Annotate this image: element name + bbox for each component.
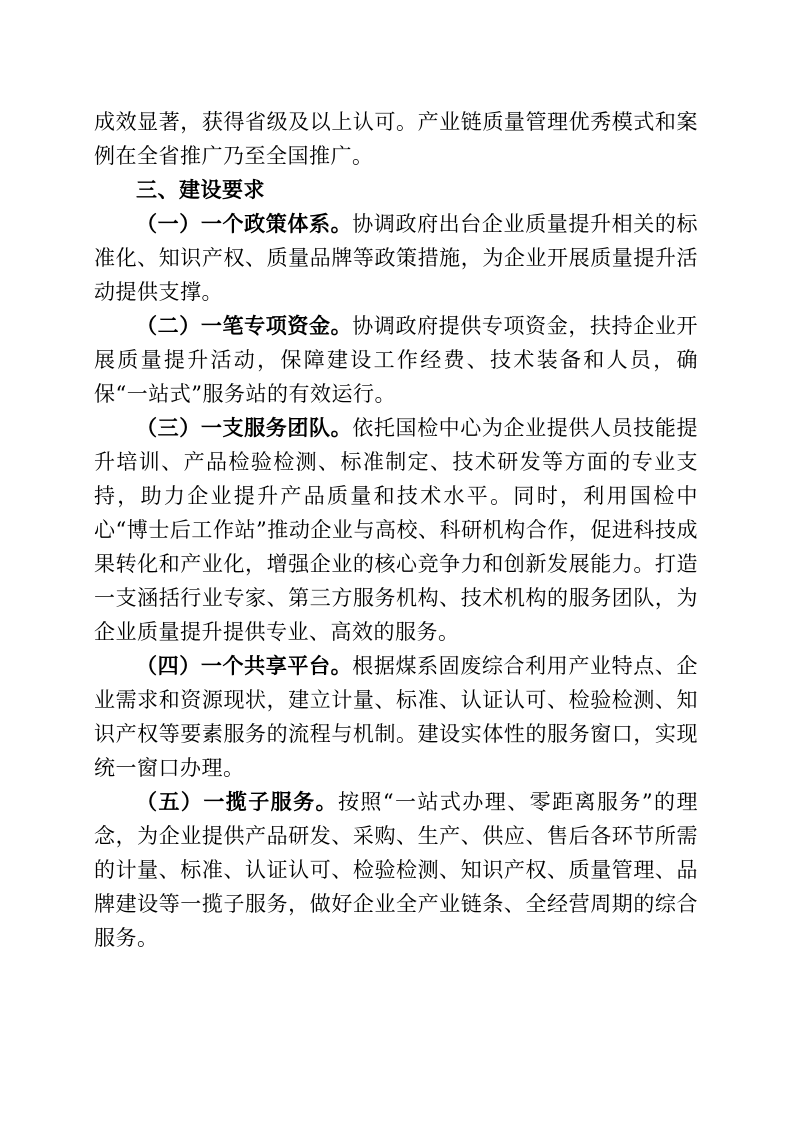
policy-item-4: （四）一个共享平台。根据煤系固废综合利用产业特点、企业需求和资源现状，建立计量、… bbox=[94, 649, 698, 785]
policy-item-1-lead: （一）一个政策体系。 bbox=[136, 212, 352, 236]
policy-item-4-lead: （四）一个共享平台。 bbox=[136, 654, 352, 678]
continuation-paragraph: 成效显著，获得省级及以上认可。产业链质量管理优秀模式和案例在全省推广乃至全国推广… bbox=[94, 105, 698, 173]
policy-item-3-lead: （三）一支服务团队。 bbox=[136, 416, 352, 440]
policy-item-5-lead: （五）一揽子服务。 bbox=[136, 790, 338, 814]
policy-item-3-body: 依托国检中心为企业提供人员技能提升培训、产品检验检测、标准制定、技术研发等方面的… bbox=[94, 416, 698, 644]
section-heading: 三、建设要求 bbox=[94, 173, 698, 207]
policy-item-2-lead: （二）一笔专项资金。 bbox=[136, 314, 352, 338]
policy-item-1: （一）一个政策体系。协调政府出台企业质量提升相关的标准化、知识产权、质量品牌等政… bbox=[94, 207, 698, 309]
policy-item-5-body: 按照“一站式办理、零距离服务”的理念，为企业提供产品研发、采购、生产、供应、售后… bbox=[94, 790, 698, 950]
policy-item-2: （二）一笔专项资金。协调政府提供专项资金，扶持企业开展质量提升活动，保障建设工作… bbox=[94, 309, 698, 411]
policy-item-3: （三）一支服务团队。依托国检中心为企业提供人员技能提升培训、产品检验检测、标准制… bbox=[94, 411, 698, 649]
document-page: 成效显著，获得省级及以上认可。产业链质量管理优秀模式和案例在全省推广乃至全国推广… bbox=[0, 0, 793, 1122]
policy-item-5: （五）一揽子服务。按照“一站式办理、零距离服务”的理念，为企业提供产品研发、采购… bbox=[94, 785, 698, 955]
document-content: 成效显著，获得省级及以上认可。产业链质量管理优秀模式和案例在全省推广乃至全国推广… bbox=[94, 105, 698, 955]
